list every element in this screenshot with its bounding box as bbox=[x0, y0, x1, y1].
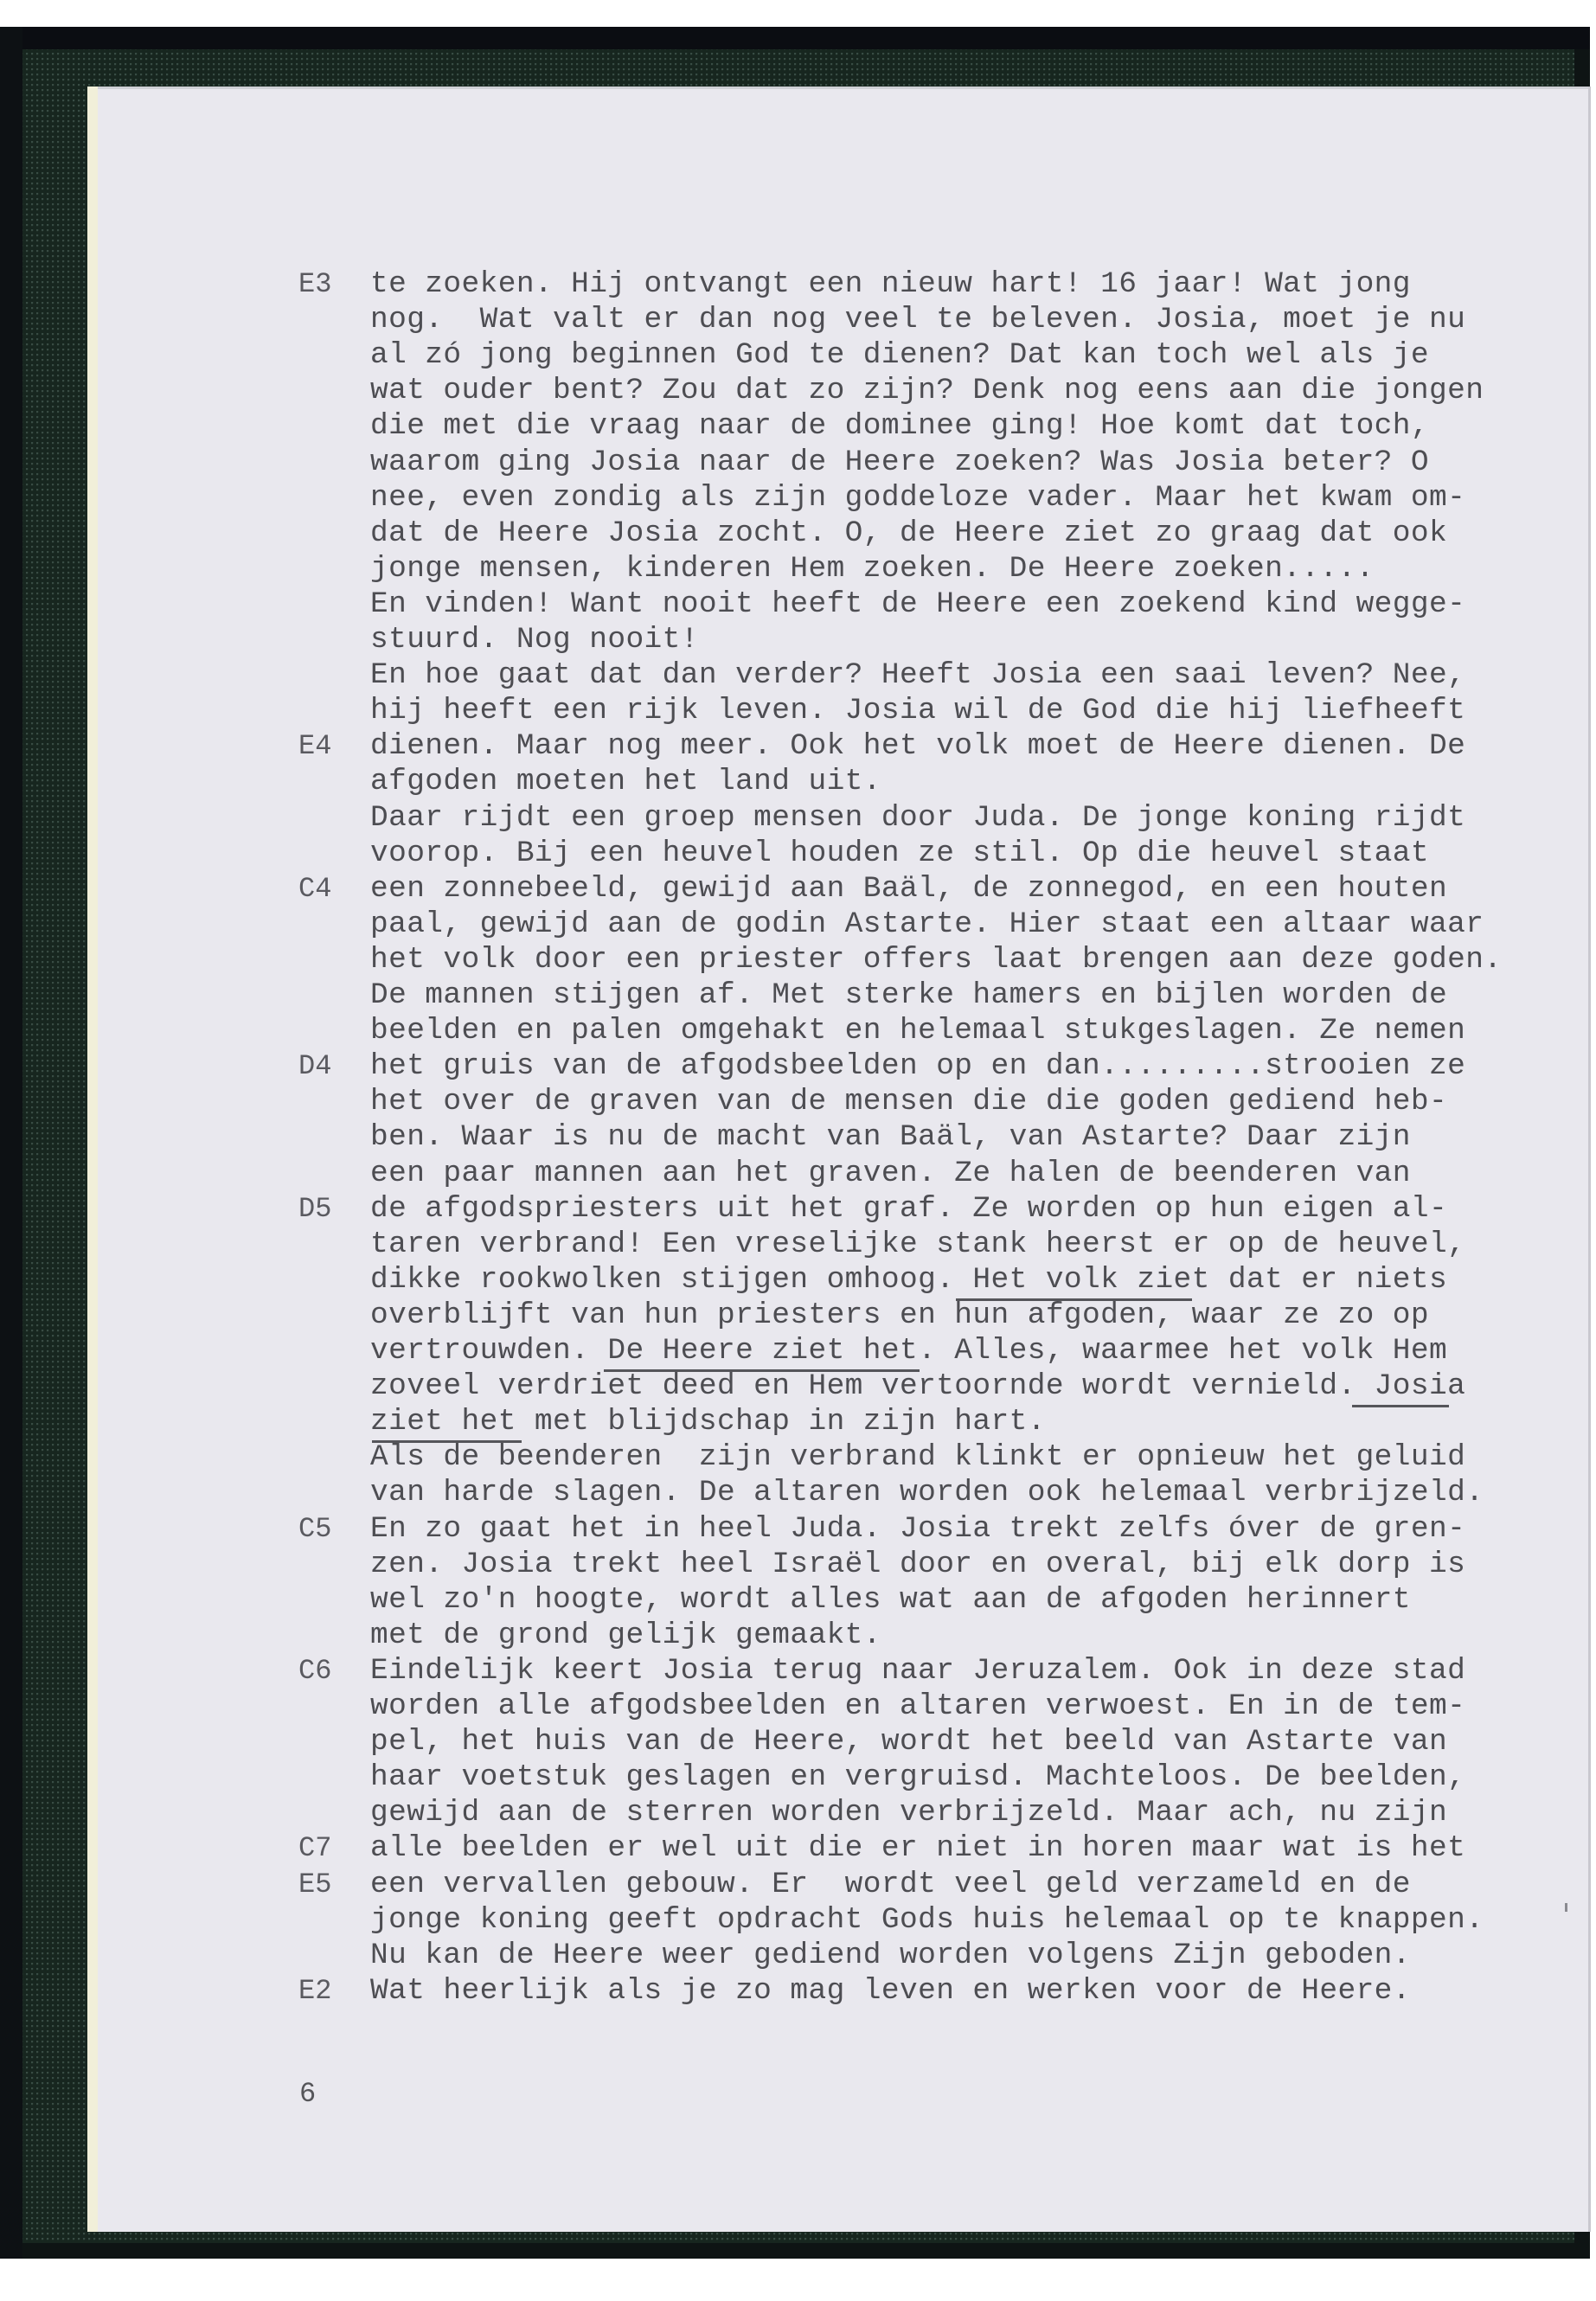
text-line: En zo gaat het in heel Juda. Josia trekt… bbox=[370, 1512, 1465, 1547]
text-line: de afgodspriesters uit het graf. Ze word… bbox=[370, 1192, 1447, 1227]
text-line: zen. Josia trekt heel Israël door en ove… bbox=[370, 1548, 1465, 1582]
underline-het-volk-ziet bbox=[956, 1298, 1192, 1301]
cover-top-edge bbox=[0, 27, 1590, 49]
text-line: dienen. Maar nog meer. Ook het volk moet… bbox=[370, 729, 1465, 764]
text-line: met de grond gelijk gemaakt. bbox=[370, 1618, 881, 1653]
text-line: afgoden moeten het land uit. bbox=[370, 765, 881, 799]
underline-de-heere-ziet-het bbox=[604, 1369, 920, 1372]
margin-marker: C5 bbox=[298, 1512, 331, 1547]
stray-mark bbox=[1565, 1903, 1567, 1912]
text-line: alle beelden er wel uit die er niet in h… bbox=[370, 1831, 1465, 1866]
text-line: nee, even zondig als zijn goddeloze vade… bbox=[370, 481, 1465, 516]
underline-josia bbox=[1352, 1405, 1449, 1407]
text-line: wel zo'n hoogte, wordt alles wat aan de … bbox=[370, 1583, 1411, 1618]
text-line: wat ouder bent? Zou dat zo zijn? Denk no… bbox=[370, 374, 1484, 408]
text-line: jonge koning geeft opdracht Gods huis he… bbox=[370, 1903, 1484, 1938]
text-line: vertrouwden. De Heere ziet het. Alles, w… bbox=[370, 1334, 1447, 1368]
text-line: nog. Wat valt er dan nog veel te beleven… bbox=[370, 303, 1465, 337]
text-line: een zonnebeeld, gewijd aan Baäl, de zonn… bbox=[370, 872, 1447, 907]
margin-marker: D4 bbox=[298, 1049, 331, 1084]
text-line: Nu kan de Heere weer gediend worden volg… bbox=[370, 1939, 1411, 1973]
text-line: Als de beenderen zijn verbrand klinkt er… bbox=[370, 1440, 1465, 1475]
text-line: worden alle afgodsbeelden en altaren ver… bbox=[370, 1689, 1465, 1724]
cover-left-edge bbox=[0, 27, 22, 2259]
margin-marker: C7 bbox=[298, 1831, 331, 1866]
page-number: 6 bbox=[299, 2078, 316, 2110]
text-line: hij heeft een rijk leven. Josia wil de G… bbox=[370, 694, 1465, 728]
text-line: taren verbrand! Een vreselijke stank hee… bbox=[370, 1227, 1465, 1262]
text-line: Daar rijdt een groep mensen door Juda. D… bbox=[370, 801, 1465, 836]
text-line: stuurd. Nog nooit! bbox=[370, 623, 699, 657]
text-line: dat de Heere Josia zocht. O, de Heere zi… bbox=[370, 516, 1447, 551]
text-line: haar voetstuk geslagen en vergruisd. Mac… bbox=[370, 1760, 1465, 1795]
text-line: het volk door een priester offers laat b… bbox=[370, 943, 1502, 977]
text-line: gewijd aan de sterren worden verbrijzeld… bbox=[370, 1796, 1447, 1830]
text-line: pel, het huis van de Heere, wordt het be… bbox=[370, 1725, 1447, 1759]
text-line: En hoe gaat dat dan verder? Heeft Josia … bbox=[370, 658, 1465, 693]
text-line: Wat heerlijk als je zo mag leven en werk… bbox=[370, 1974, 1411, 2009]
text-line: En vinden! Want nooit heeft de Heere een… bbox=[370, 587, 1465, 622]
text-line: voorop. Bij een heuvel houden ze stil. O… bbox=[370, 836, 1429, 871]
text-line: Eindelijk keert Josia terug naar Jeruzal… bbox=[370, 1654, 1465, 1689]
page-right-edge bbox=[1588, 87, 1591, 2232]
text-line: het gruis van de afgodsbeelden op en dan… bbox=[370, 1049, 1465, 1084]
margin-marker: E2 bbox=[298, 1974, 331, 2009]
underline-ziet-het bbox=[372, 1440, 522, 1443]
text-line: al zó jong beginnen God te dienen? Dat k… bbox=[370, 338, 1429, 373]
text-line: paal, gewijd aan de godin Astarte. Hier … bbox=[370, 907, 1484, 942]
text-line: ben. Waar is nu de macht van Baäl, van A… bbox=[370, 1120, 1411, 1155]
margin-marker: C6 bbox=[298, 1654, 331, 1689]
text-line: zoveel verdriet deed en Hem vertoornde w… bbox=[370, 1369, 1465, 1404]
text-line: een paar mannen aan het graven. Ze halen… bbox=[370, 1157, 1411, 1191]
text-line: het over de graven van de mensen die die… bbox=[370, 1085, 1447, 1119]
margin-marker: E5 bbox=[298, 1868, 331, 1902]
text-line: waarom ging Josia naar de Heere zoeken? … bbox=[370, 445, 1429, 480]
margin-marker: E4 bbox=[298, 729, 331, 764]
margin-marker: D5 bbox=[298, 1192, 331, 1227]
text-line: een vervallen gebouw. Er wordt veel geld… bbox=[370, 1868, 1411, 1902]
text-line: dikke rookwolken stijgen omhoog. Het vol… bbox=[370, 1263, 1447, 1298]
text-line: jonge mensen, kinderen Hem zoeken. De He… bbox=[370, 552, 1375, 586]
text-line: ziet het met blijdschap in zijn hart. bbox=[370, 1405, 1046, 1439]
margin-marker: E3 bbox=[298, 267, 331, 302]
margin-marker: C4 bbox=[298, 872, 331, 907]
text-line: overblijft van hun priesters en hun afgo… bbox=[370, 1298, 1429, 1333]
text-line: die met die vraag naar de dominee ging! … bbox=[370, 409, 1429, 444]
text-line: van harde slagen. De altaren worden ook … bbox=[370, 1476, 1484, 1510]
text-line: beelden en palen omgehakt en helemaal st… bbox=[370, 1014, 1465, 1048]
text-line: De mannen stijgen af. Met sterke hamers … bbox=[370, 978, 1447, 1013]
text-line: te zoeken. Hij ontvangt een nieuw hart! … bbox=[370, 267, 1411, 302]
